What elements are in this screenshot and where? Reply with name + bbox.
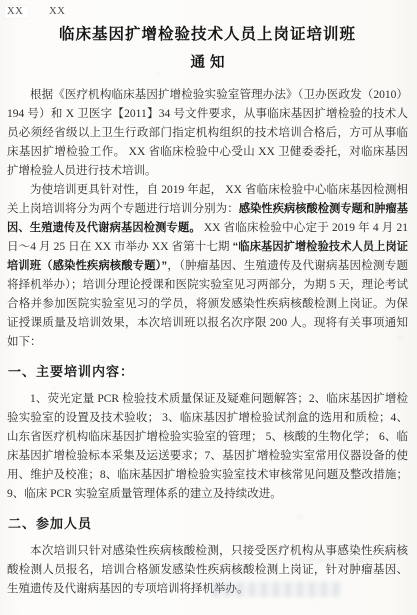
section-heading-participants: 二、参加人员 xyxy=(8,515,408,532)
doc-subtitle: 通知 xyxy=(7,53,408,73)
section-heading-training-content: 一、主要培训内容： xyxy=(8,363,408,380)
doc-body: 根据《医疗机构临床基因扩增检验实验室管理办法》（卫办医政发（2010）194 号… xyxy=(7,86,408,599)
paragraph-training-schedule: 为使培训更具针对性，自 2019 年起， XX 省临床检验中心临床基因检测相关上… xyxy=(7,181,408,352)
text-run: 根据《医疗机构临床基因扩增检验实验室管理办法》（卫办医政发（2010）194 号… xyxy=(7,89,408,177)
text-run: 1、荧光定量 PCR 检验技术质量保证及疑难问题解答；2、临床基因扩增检验实验室… xyxy=(7,393,408,500)
paragraph-training-topics: 1、荧光定量 PCR 检验技术质量保证及疑难问题解答；2、临床基因扩增检验实验室… xyxy=(7,390,408,504)
document-content: 临床基因扩增检验技术人员上岗证培训班 通知 根据《医疗机构临床基因扩增检验实验室… xyxy=(0,0,417,615)
paragraph-participants: 本次培训只针对感染性疾病核酸检测，只接受医疗机构从事感染性疾病核酸检测人员报名，… xyxy=(7,542,408,599)
paragraph-regulation-basis: 根据《医疗机构临床基因扩增检验实验室管理办法》（卫办医政发（2010）194 号… xyxy=(7,86,408,181)
text-run: ，（肿瘤基因、生殖遗传及代谢病基因检测专题将择机举办）；培训分理论授课和医院实验… xyxy=(7,260,408,348)
doc-title: 临床基因扩增检验技术人员上岗证培训班 xyxy=(7,25,408,45)
scanned-notice-document: XXXX 临床基因扩增检验技术人员上岗证培训班 通知 根据《医疗机构临床基因扩增… xyxy=(0,0,417,615)
text-run: 本次培训只针对感染性疾病核酸检测，只接受医疗机构从事感染性疾病核酸检测人员报名，… xyxy=(7,545,408,595)
